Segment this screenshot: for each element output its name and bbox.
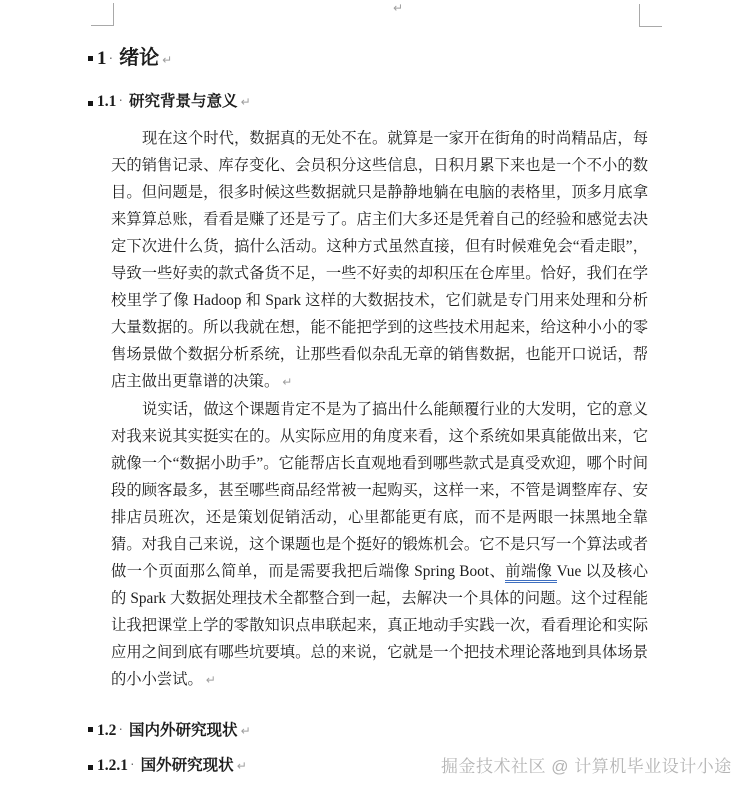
paragraph-mark-icon: ↵ [282,375,292,389]
paragraph-mark-icon: ↵ [237,759,247,773]
section-heading-1[interactable]: 1·绪论↵ [88,45,172,72]
section-heading-1-2-1[interactable]: 1.2.1·国外研究现状↵ [88,754,247,776]
crop-mark-top-left [91,3,114,26]
heading-title: 国外研究现状 [141,757,234,774]
paragraph-2[interactable]: 说实话，做这个课题肯定不是为了搞出什么能颠覆行业的大发明，它的意义对我来说其实挺… [111,396,648,694]
paragraph-mark-icon: ↵ [241,95,251,109]
space-mark-icon: · [109,49,114,65]
crop-mark-top-right [639,4,662,27]
section-heading-1-2[interactable]: 1.2·国内外研究现状↵ [88,719,251,741]
heading-title: 绪论 [119,47,159,69]
heading-number: 1.2.1 [97,757,128,774]
heading-number: 1.2 [97,722,116,739]
paragraph-mark-icon: ↵ [206,673,216,687]
heading-number: 1.1 [97,93,116,110]
heading-style-marker-icon [88,727,93,732]
heading-style-marker-icon [88,56,93,61]
grammar-underlined-text[interactable]: 前端像 [505,563,556,583]
header-paragraph-mark: ↵ [393,1,403,15]
space-mark-icon: · [118,91,123,107]
heading-title: 国内外研究现状 [129,722,238,739]
watermark: 掘金技术社区 @ 计算机毕业设计小途 [441,752,732,777]
heading-style-marker-icon [88,765,93,770]
heading-style-marker-icon [88,101,93,106]
document-body: 现在这个时代，数据真的无处不在。就算是一家开在街角的时尚精品店，每天的销售记录、… [111,125,648,694]
heading-number: 1 [97,48,107,69]
heading-title: 研究背景与意义 [129,93,238,110]
space-mark-icon: · [130,755,135,771]
paragraph-1[interactable]: 现在这个时代，数据真的无处不在。就算是一家开在街角的时尚精品店，每天的销售记录、… [111,125,648,396]
space-mark-icon: · [118,720,123,736]
paragraph-mark-icon: ↵ [241,724,251,738]
paragraph-1-text[interactable]: 现在这个时代，数据真的无处不在。就算是一家开在街角的时尚精品店，每天的销售记录、… [111,130,648,390]
paragraph-2-text-after[interactable]: Vue 以及核心的 Spark 大数据处理技术全都整合到一起，去解决一个具体的问… [111,563,648,688]
paragraph-mark-icon: ↵ [162,53,172,67]
paragraph-2-text-before[interactable]: 说实话，做这个课题肯定不是为了搞出什么能颠覆行业的大发明，它的意义对我来说其实挺… [111,401,648,580]
section-heading-1-1[interactable]: 1.1·研究背景与意义↵ [88,90,251,112]
